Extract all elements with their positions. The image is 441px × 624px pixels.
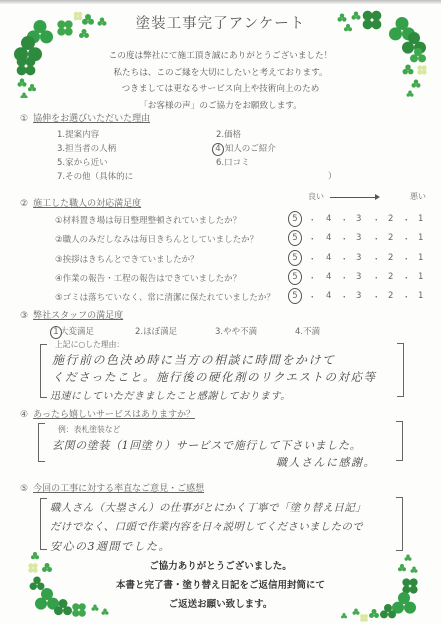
q4-number: ④ [20, 410, 28, 420]
rating-4[interactable]: 4 [326, 253, 331, 263]
q1-option-7[interactable]: 7.その他（具体的に [57, 170, 133, 182]
separator: ・ [308, 233, 317, 245]
q1-heading-text: 協伸をお選びいただいた理由 [33, 114, 150, 124]
q2-question-3: ③挨拶はきちんとできていましたか？ [55, 253, 199, 265]
q1-other-close: ） [328, 170, 337, 182]
q3-heading-text: 弊社スタッフの満足度 [33, 311, 123, 321]
handwritten-line: 安心の3週間でした。 [50, 538, 171, 554]
q4-example: 例：表札塗装など [58, 424, 120, 435]
rating-4[interactable]: 4 [326, 291, 331, 301]
rating-4[interactable]: 4 [326, 233, 331, 243]
handwritten-line: 職人さんに感謝。 [276, 454, 376, 470]
rating-2[interactable]: 2 [388, 272, 393, 282]
separator: ・ [308, 291, 317, 303]
separator: ・ [372, 272, 381, 284]
separator: ・ [340, 291, 349, 303]
q3-reason-label: 上記に○した理由： [55, 339, 124, 350]
rating-3[interactable]: 3 [356, 291, 361, 301]
intro-line: つきましては更なるサービス向上や技術向上のため [0, 81, 441, 98]
rating-1[interactable]: 1 [418, 233, 423, 243]
rating-1[interactable]: 1 [418, 253, 423, 263]
separator: ・ [308, 272, 317, 284]
separator: ・ [340, 233, 349, 245]
q3-option-3[interactable]: 3.やや不満 [215, 325, 257, 337]
rating-3[interactable]: 3 [356, 214, 361, 224]
survey-title: 塗装工事完了アンケート [0, 12, 441, 33]
rating-2[interactable]: 2 [388, 214, 393, 224]
q2-heading: ②施工した職人の対応満足度 [20, 196, 141, 209]
q1-number: ① [20, 114, 28, 124]
q3-option-1-selected[interactable]: 1大変満足 [52, 325, 94, 339]
q2-heading-text: 施工した職人の対応満足度 [33, 199, 141, 209]
scale-bad-label: 悪い [410, 191, 426, 202]
q3-option-1-label: 大変満足 [60, 327, 94, 337]
rating-5-selected[interactable]: 5 [288, 211, 302, 227]
arrow-right-icon [330, 197, 376, 198]
q1-option-6[interactable]: 6.口コミ [216, 156, 250, 168]
handwritten-line: 迅速にしていただきましたこと感謝しております。 [50, 387, 291, 402]
handwritten-line: 施行前の色決め時に当方の相談に時間をかけて [52, 351, 336, 368]
rating-3[interactable]: 3 [356, 253, 361, 263]
closing-line: ご協力ありがとうございました。 [0, 557, 441, 576]
q3-option-4[interactable]: 4.不満 [295, 325, 320, 337]
q4-heading-text: あったら嬉しいサービスはありますか？ [33, 410, 195, 420]
q1-option-4-label: .知人のご紹介 [222, 144, 276, 154]
q3-option-2[interactable]: 2.ほぼ満足 [135, 325, 177, 337]
q3-number: ③ [20, 311, 28, 321]
separator: ・ [402, 233, 411, 245]
q2-question-5: ⑤ゴミは落ちていなく、常に清潔に保たれていましたか？ [55, 291, 275, 303]
handwritten-line: 職人さん（大塁さん）の仕事がとにかく丁寧で「塗り替え日記」 [50, 500, 366, 515]
rating-5-selected[interactable]: 5 [288, 269, 302, 285]
separator: ・ [340, 214, 349, 226]
rating-1[interactable]: 1 [418, 291, 423, 301]
rating-2[interactable]: 2 [388, 233, 393, 243]
closing-message: ご協力ありがとうございました。 本書と完了書・塗り替え日記をご返信用封筒にて ご… [0, 557, 441, 614]
rating-3[interactable]: 3 [356, 233, 361, 243]
q4-heading: ④あったら嬉しいサービスはありますか？ [20, 407, 195, 420]
rating-4[interactable]: 4 [326, 214, 331, 224]
q1-option-5[interactable]: 5.家から近い [57, 156, 108, 168]
scan-edge [0, 0, 441, 4]
rating-5-selected[interactable]: 5 [288, 288, 302, 304]
rating-2[interactable]: 2 [388, 291, 393, 301]
handwritten-line: 玄関の塗装（1回塗り）サービスで施行して下さいました。 [52, 437, 361, 453]
q5-bracket-right [396, 497, 403, 551]
separator: ・ [340, 272, 349, 284]
separator: ・ [372, 214, 381, 226]
rating-3[interactable]: 3 [356, 272, 361, 282]
q1-heading: ①協伸をお選びいただいた理由 [20, 111, 150, 124]
q3-reason-bracket-left [40, 344, 47, 398]
q5-heading: ⑤今回の工事に対する率直なご意見・ご感想 [20, 481, 204, 494]
rating-5-selected[interactable]: 5 [288, 230, 302, 246]
rating-1[interactable]: 1 [418, 214, 423, 224]
separator: ・ [308, 253, 317, 265]
separator: ・ [308, 214, 317, 226]
rating-2[interactable]: 2 [388, 253, 393, 263]
separator: ・ [402, 291, 411, 303]
q5-bracket-left [40, 498, 47, 550]
intro-text: この度は弊社にて施工頂き誠にありがとうございました！ 私たちは、このご縁を大切に… [0, 48, 441, 114]
q3-reason-bracket-right [397, 343, 404, 397]
separator: ・ [372, 253, 381, 265]
q5-number: ⑤ [20, 484, 28, 494]
survey-page: 塗装工事完了アンケート この度は弊社にて施工頂き誠にありがとうございました！ 私… [0, 0, 441, 624]
q1-option-2[interactable]: 2.価格 [216, 128, 241, 140]
separator: ・ [372, 291, 381, 303]
rating-4[interactable]: 4 [326, 272, 331, 282]
scale-good-label: 良い [308, 191, 324, 202]
handwritten-line: くださったこと。施行後の硬化剤のリクエストの対応等 [52, 369, 377, 385]
separator: ・ [402, 253, 411, 265]
q4-bracket-left [38, 423, 45, 462]
q1-option-1[interactable]: 1.提案内容 [57, 128, 99, 140]
q2-question-1: ①材料置き場は毎日整理整頓されていましたか？ [55, 214, 241, 226]
rating-5-selected[interactable]: 5 [288, 250, 302, 266]
q1-option-3[interactable]: 3.担当者の人柄 [57, 142, 116, 154]
q2-number: ② [20, 199, 28, 209]
separator: ・ [340, 253, 349, 265]
handwritten-line: だけでなく、口頭で作業内容を日々説明してくださいましたので [50, 519, 363, 534]
closing-line: 本書と完了書・塗り替え日記をご返信用封筒にて [0, 576, 441, 595]
q4-bracket-right [396, 421, 403, 461]
rating-1[interactable]: 1 [418, 272, 423, 282]
closing-line: ご返送お願い致します。 [0, 595, 441, 614]
q2-question-2: ②職人のみだしなみは毎日きちんとしていましたか？ [55, 233, 258, 245]
intro-line: 私たちは、このご縁を大切にしたいと考えております。 [0, 65, 441, 82]
q5-heading-text: 今回の工事に対する率直なご意見・ご感想 [33, 484, 204, 494]
intro-line: この度は弊社にて施工頂き誠にありがとうございました！ [0, 48, 441, 65]
separator: ・ [402, 214, 411, 226]
q1-option-4-selected[interactable]: 4.知人のご紹介 [214, 142, 276, 156]
separator: ・ [402, 272, 411, 284]
separator: ・ [372, 233, 381, 245]
q2-question-4: ④作業の報告・工程の報告はできていましたか？ [55, 272, 241, 284]
q3-heading: ③弊社スタッフの満足度 [20, 308, 123, 321]
